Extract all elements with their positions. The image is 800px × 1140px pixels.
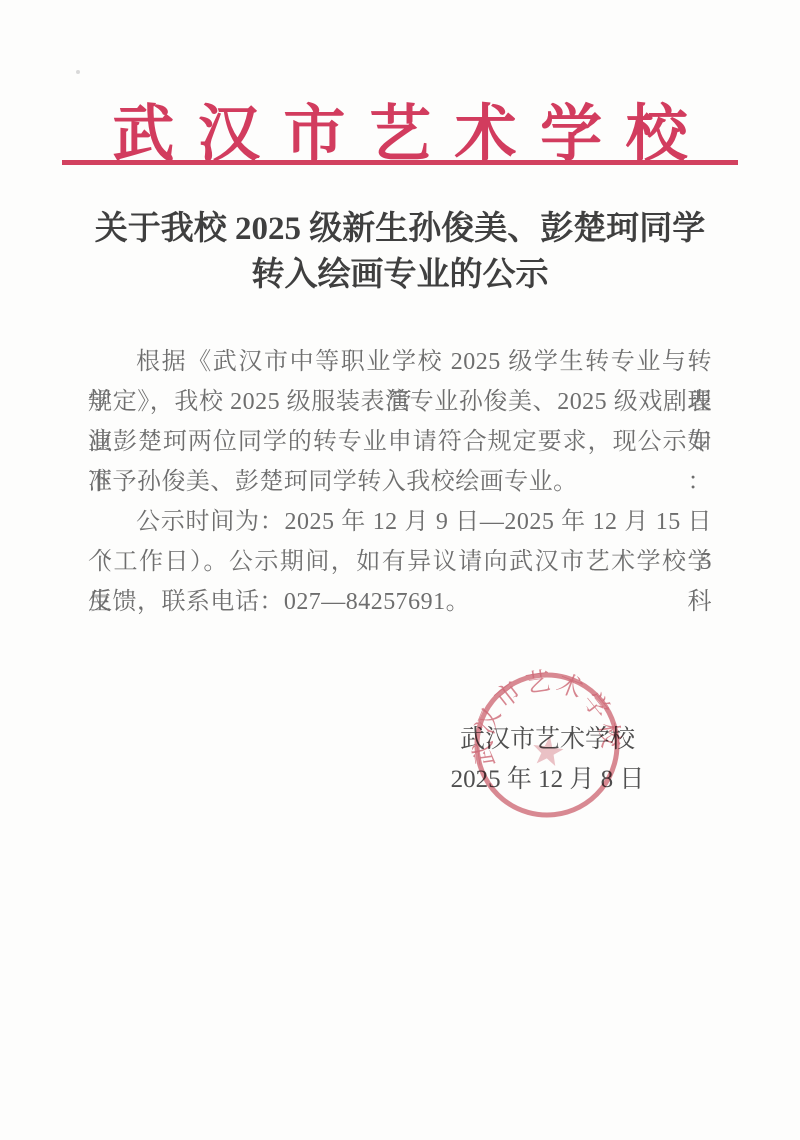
body-line: 根据《武汉市中等职业学校 2025 级学生转专业与转学管理 bbox=[88, 342, 712, 382]
body-line: 业彭楚珂两位同学的转专业申请符合规定要求，现公示如下： bbox=[88, 422, 712, 462]
body-line: 个工作日）。公示期间，如有异议请向武汉市艺术学校学生科 bbox=[88, 542, 712, 582]
signature-org: 武汉市艺术学校 bbox=[440, 720, 655, 760]
document-title-line1: 关于我校 2025 级新生孙俊美、彭楚珂同学 bbox=[0, 206, 800, 252]
body-line: 公示时间为：2025 年 12 月 9 日—2025 年 12 月 15 日（5 bbox=[88, 502, 712, 542]
scan-speck bbox=[76, 70, 80, 74]
paragraph-basis: 根据《武汉市中等职业学校 2025 级学生转专业与转学管理 规定》，我校 202… bbox=[88, 342, 712, 502]
document-title: 关于我校 2025 级新生孙俊美、彭楚珂同学 转入绘画专业的公示 bbox=[0, 206, 800, 298]
paragraph-publicity-period: 公示时间为：2025 年 12 月 9 日—2025 年 12 月 15 日（5… bbox=[88, 502, 712, 622]
signature-block: 武汉市艺术学校 2025 年 12 月 8 日 bbox=[440, 720, 655, 800]
letterhead-divider bbox=[62, 160, 738, 165]
document-body: 根据《武汉市中等职业学校 2025 级学生转专业与转学管理 规定》，我校 202… bbox=[88, 342, 712, 622]
document-page: 武汉市艺术学校 关于我校 2025 级新生孙俊美、彭楚珂同学 转入绘画专业的公示… bbox=[0, 0, 800, 1140]
body-line: 规定》，我校 2025 级服装表演专业孙俊美、2025 级戏剧表演专 bbox=[88, 382, 712, 422]
document-title-line2: 转入绘画专业的公示 bbox=[0, 252, 800, 298]
signature-date: 2025 年 12 月 8 日 bbox=[440, 760, 655, 800]
